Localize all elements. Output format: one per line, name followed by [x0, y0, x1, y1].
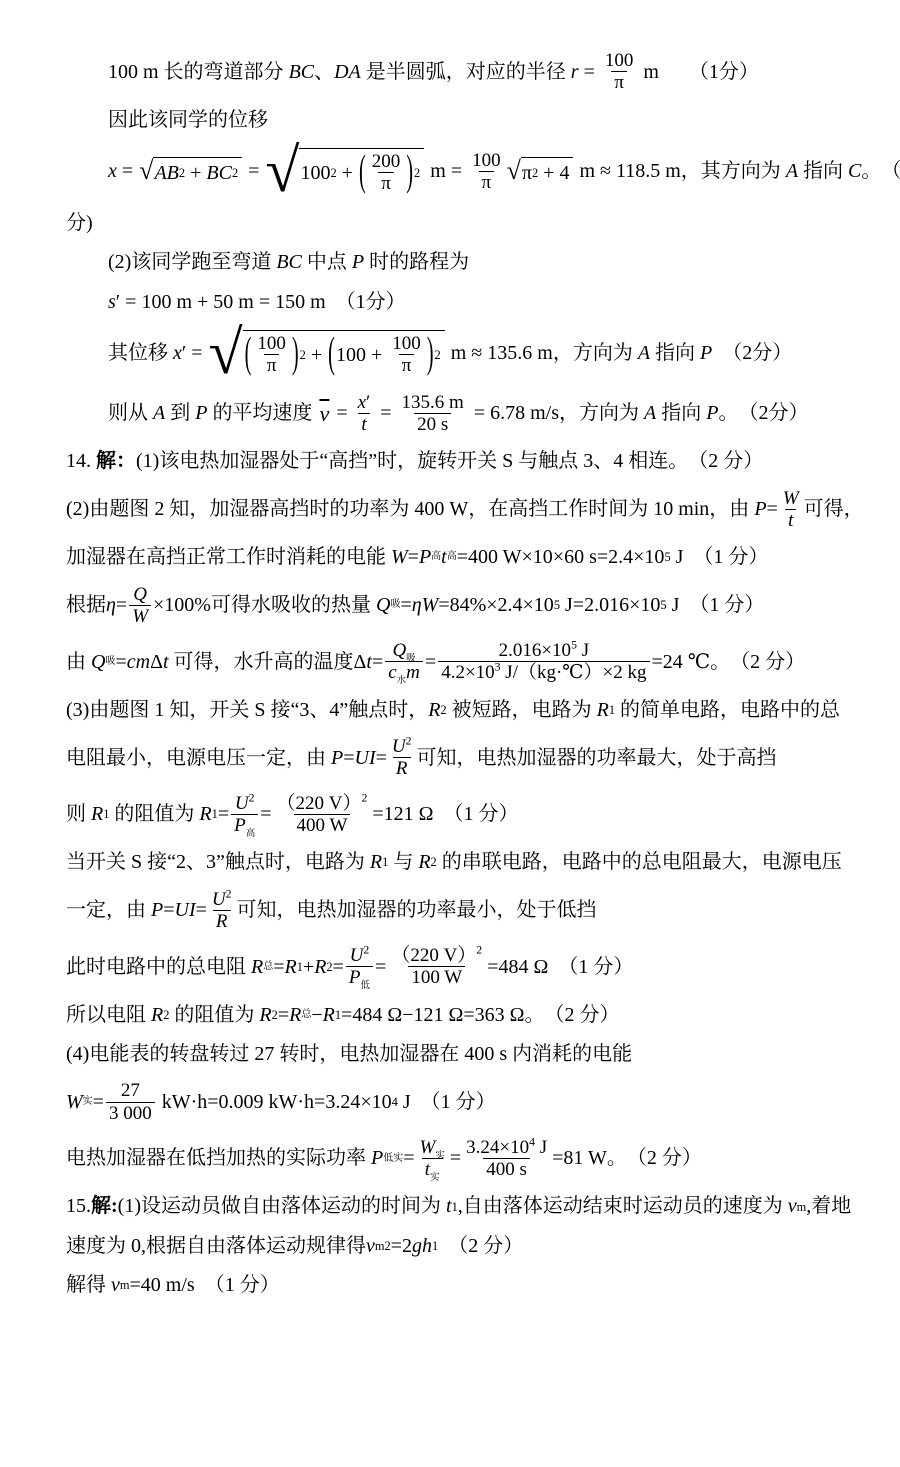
text-line-8: 则从 A 到 P 的平均速度 v = x′t = 135.6 m20 s = 6…: [66, 392, 866, 436]
text-line-15: 电阻最小，电源电压一定，由 P=UI=U2R可知，电热加湿器的功率最大，处于高挡: [66, 736, 866, 780]
text-line-19: 此时电路中的总电阻 R总=R1+R2=U2P低=（220 V）2100 W=48…: [66, 945, 866, 989]
text-line-11: 加湿器在高挡正常工作时消耗的电能 W=P高t高=400 W×10×60 s=2.…: [66, 544, 866, 570]
text-line-24: 15.解:(1)设运动员做自由落体运动的时间为 t1,自由落体运动结束时运动员的…: [66, 1193, 866, 1219]
text-line-26: 解得 vm=40 m/s （1 分）: [66, 1272, 866, 1298]
fraction: Wt: [780, 488, 802, 532]
text-line-7: 其位移 x′ = √(100π)2 + (100 + 100π)2 m ≈ 13…: [66, 328, 866, 379]
text-line-21: (4)电能表的转盘转过 27 转时，电热加湿器在 400 s 内消耗的电能: [66, 1041, 866, 1067]
document-body: 100 m 长的弯道部分 BC、DA 是半圆弧，对应的半径 r = 100π m…: [66, 50, 866, 1299]
radical: √(100π)2 + (100 + 100π)2: [209, 328, 445, 379]
text-line-16: 则 R1 的阻值为 R1=U2P高=（220 V）2400 W=121 Ω （1…: [66, 793, 866, 837]
fraction: 135.6 m20 s: [399, 392, 467, 436]
fraction: 273 000: [106, 1080, 155, 1124]
fraction: 200π: [369, 151, 404, 195]
fraction: x′t: [355, 392, 374, 436]
fraction: U2P高: [231, 793, 258, 837]
text-line-2: 因此该同学的位移: [66, 107, 866, 133]
fraction: （220 V）2100 W: [388, 945, 485, 989]
fraction: 100π: [389, 333, 424, 377]
text-line-20: 所以电阻 R2 的阻值为 R2=R总−R1=484 Ω−121 Ω=363 Ω。…: [66, 1002, 866, 1028]
text-line-3: x = √AB2 + BC2 = √1002 + (200π)2 m = 100…: [66, 146, 866, 197]
text-line-5: (2)该同学跑至弯道 BC 中点 P 时的路程为: [66, 249, 866, 275]
fraction: W实t实: [417, 1137, 448, 1181]
radical: √1002 + (200π)2: [265, 146, 424, 197]
text-line-12: 根据η=QW×100%可得水吸收的热量 Q吸=ηW=84%×2.4×105 J=…: [66, 584, 866, 628]
fraction: Q吸c水m: [385, 640, 423, 684]
fraction: （220 V）2400 W: [274, 793, 371, 837]
fraction: U2R: [209, 889, 235, 933]
text-line-13: 由 Q吸=cmΔt 可得，水升高的温度Δt=Q吸c水m=2.016×105 J4…: [66, 640, 866, 684]
text-line-9: 14. 解：(1)该电热加湿器处于“高挡”时，旋转开关 S 与触点 3、4 相连…: [66, 448, 866, 474]
fraction: 100π: [602, 50, 637, 94]
radical: √AB2 + BC2: [139, 157, 242, 186]
text-line-1: 100 m 长的弯道部分 BC、DA 是半圆弧，对应的半径 r = 100π m…: [66, 50, 866, 94]
fraction: U2P低: [346, 945, 373, 989]
document-page: 100 m 长的弯道部分 BC、DA 是半圆弧，对应的半径 r = 100π m…: [0, 0, 900, 1467]
text-line-17: 当开关 S 接“2、3”触点时，电路为 R1 与 R2 的串联电路，电路中的总电…: [66, 849, 866, 875]
text-line-18: 一定，由 P=UI=U2R可知，电热加湿器的功率最小，处于低挡: [66, 889, 866, 933]
text-line-6: s′ = 100 m + 50 m = 150 m （1分）: [66, 289, 866, 315]
text-line-25: 速度为 0,根据自由落体运动规律得vm2=2gh1 （2 分）: [66, 1233, 866, 1259]
radical: √π2 + 4: [507, 157, 574, 186]
text-line-14: (3)由题图 1 知，开关 S 接“3、4”触点时，R2 被短路，电路为 R1 …: [66, 697, 866, 723]
fraction: U2R: [389, 736, 415, 780]
fraction: 2.016×105 J4.2×103 J/（kg·℃）×2 kg: [438, 640, 649, 684]
text-line-22: W实=273 000 kW·h=0.009 kW·h=3.24×104 J （1…: [66, 1080, 866, 1124]
text-line-23: 电热加湿器在低挡加热的实际功率 P低实=W实t实=3.24×104 J400 s…: [66, 1137, 866, 1181]
fraction: QW: [129, 584, 151, 628]
text-line-10: (2)由题图 2 知，加湿器高挡时的功率为 400 W，在高挡工作时间为 10 …: [66, 488, 866, 532]
fraction: 100π: [469, 150, 504, 194]
fraction: 3.24×104 J400 s: [463, 1137, 550, 1181]
fraction: 100π: [254, 333, 289, 377]
text-line-4: 分): [66, 210, 866, 236]
